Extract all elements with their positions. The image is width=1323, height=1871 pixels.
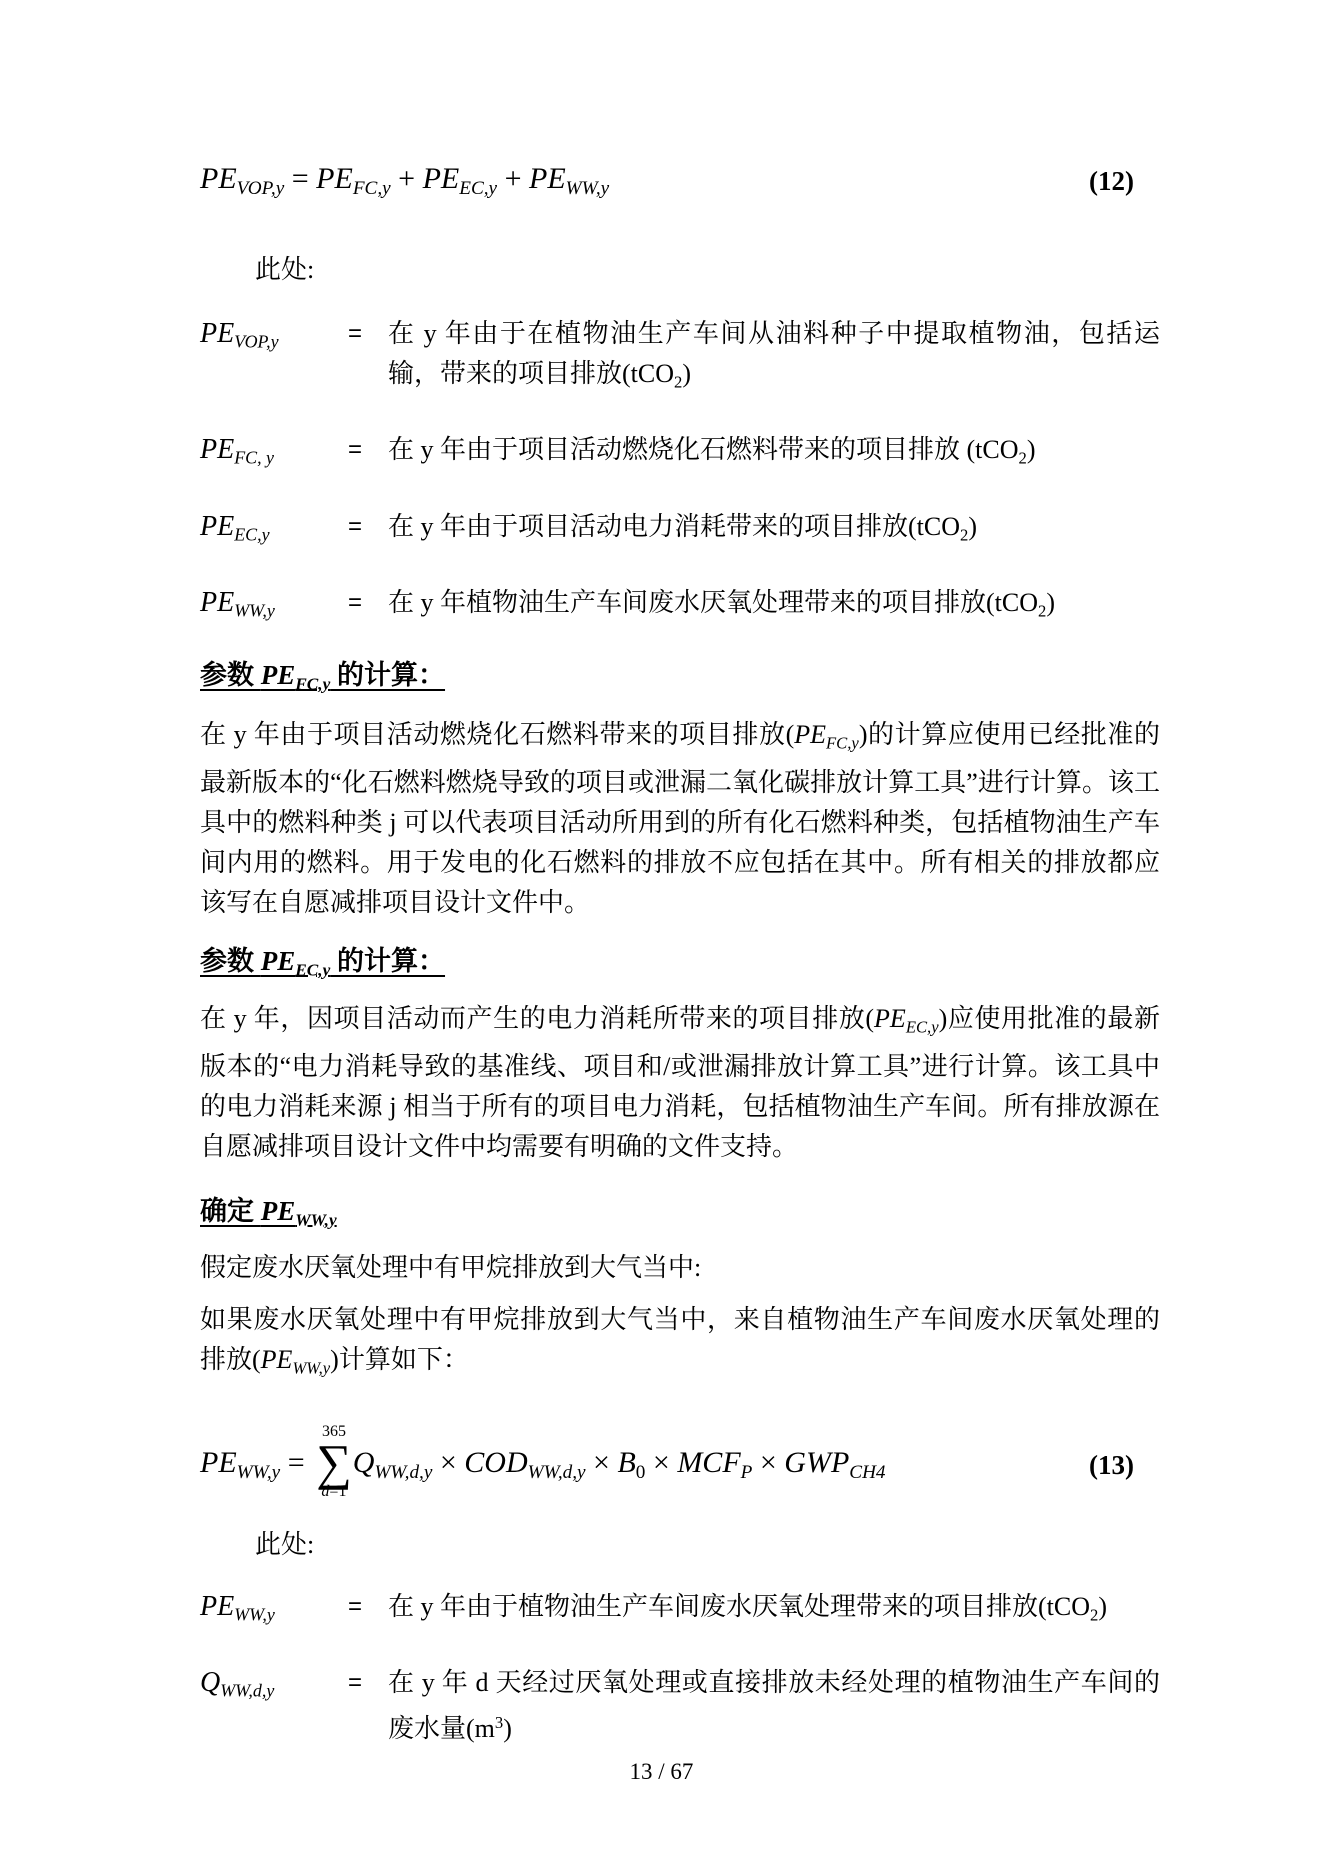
equation-13-lhs: PEWW,y = [200, 1446, 312, 1479]
definition-row-pe-ww: PEWW,y = 在 y 年植物油生产车间废水厌氧处理带来的项目排放(tCO2) [200, 583, 1160, 631]
definition-term: PEWW,y [200, 1587, 348, 1635]
sigma-icon: ∑ [316, 1440, 352, 1484]
definition-row-pe-vop: PEVOP,y = 在 y 年由于在植物油生产车间从油料种子中提取植物油，包括运… [200, 314, 1160, 402]
definition-list-top: PEVOP,y = 在 y 年由于在植物油生产车间从油料种子中提取植物油，包括运… [200, 314, 1160, 631]
equation-13-rhs: QWW,d,y × CODWW,d,y × B0 × MCFP × GWPCH4 [353, 1446, 886, 1479]
definition-description: 在 y 年由于项目活动燃烧化石燃料带来的项目排放 (tCO2) [388, 430, 1160, 478]
summation-lower-limit: d=1 [321, 1484, 346, 1500]
definition-row-pe-ec: PEEC,y = 在 y 年由于项目活动电力消耗带来的项目排放(tCO2) [200, 507, 1160, 555]
section-ww-intro-1: 假定废水厌氧处理中有甲烷排放到大气当中: [200, 1248, 1160, 1288]
equals-sign: = [348, 1663, 388, 1703]
definition-row-pe-ww-2: PEWW,y = 在 y 年由于植物油生产车间废水厌氧处理带来的项目排放(tCO… [200, 1587, 1160, 1635]
definition-term: PEEC,y [200, 507, 348, 555]
document-page: PEVOP,y = PEFC,y + PEEC,y + PEWW,y (12) … [0, 0, 1323, 1871]
section-fc-heading-wrap: 参数 PEFC,y 的计算： [200, 631, 1160, 707]
summation-symbol: 365∑d=1 [316, 1424, 352, 1500]
definition-description: 在 y 年由于项目活动电力消耗带来的项目排放(tCO2) [388, 507, 1160, 555]
section-fc-paragraph: 在 y 年由于项目活动燃烧化石燃料带来的项目排放(PEFC,y)的计算应使用已经… [200, 715, 1160, 923]
definition-list-bottom: PEWW,y = 在 y 年由于植物油生产车间废水厌氧处理带来的项目排放(tCO… [200, 1587, 1160, 1749]
where-label: 此处: [200, 250, 1160, 290]
section-ww-heading-wrap: 确定 PEWW,y [200, 1167, 1160, 1243]
definition-row-pe-fc: PEFC, y = 在 y 年由于项目活动燃烧化石燃料带来的项目排放 (tCO2… [200, 430, 1160, 478]
equals-sign: = [348, 430, 388, 470]
equation-13-number: (13) [1089, 1445, 1134, 1485]
equation-12-formula: PEVOP,y = PEFC,y + PEEC,y + PEWW,y [200, 161, 609, 200]
equals-sign: = [348, 1587, 388, 1627]
definition-term: PEVOP,y [200, 314, 348, 362]
definition-description: 在 y 年植物油生产车间废水厌氧处理带来的项目排放(tCO2) [388, 583, 1160, 631]
equals-sign: = [348, 507, 388, 547]
section-ww-heading: 确定 PEWW,y [200, 1189, 337, 1243]
section-ec-paragraph: 在 y 年，因项目活动而产生的电力消耗所带来的项目排放(PEEC,y)应使用批准… [200, 999, 1160, 1167]
section-ec-heading-wrap: 参数 PEEC,y 的计算： [200, 923, 1160, 993]
page-number: 13 / 67 [0, 1752, 1323, 1792]
equation-12-number: (12) [1089, 161, 1134, 201]
definition-term: QWW,d,y [200, 1663, 348, 1711]
definition-row-q-ww: QWW,d,y = 在 y 年 d 天经过厌氧处理或直接排放未经处理的植物油生产… [200, 1663, 1160, 1749]
definition-term: PEFC, y [200, 430, 348, 478]
definition-description: 在 y 年 d 天经过厌氧处理或直接排放未经处理的植物油生产车间的废水量(m3) [388, 1663, 1160, 1749]
section-ww-intro-2: 如果废水厌氧处理中有甲烷排放到大气当中，来自植物油生产车间废水厌氧处理的排放(P… [200, 1300, 1160, 1388]
section-ec-heading: 参数 PEEC,y 的计算： [200, 939, 445, 993]
equals-sign: = [348, 314, 388, 354]
section-fc-heading: 参数 PEFC,y 的计算： [200, 653, 445, 707]
where-label: 此处: [200, 1525, 1160, 1565]
definition-description: 在 y 年由于在植物油生产车间从油料种子中提取植物油，包括运输，带来的项目排放(… [388, 314, 1160, 402]
equation-13: PEWW,y = 365∑d=1QWW,d,y × CODWW,d,y × B0… [200, 1415, 1160, 1515]
equals-sign: = [348, 583, 388, 623]
definition-description: 在 y 年由于植物油生产车间废水厌氧处理带来的项目排放(tCO2) [388, 1587, 1160, 1635]
equation-12: PEVOP,y = PEFC,y + PEEC,y + PEWW,y (12) [200, 150, 1160, 212]
equation-13-formula: PEWW,y = 365∑d=1QWW,d,y × CODWW,d,y × B0… [200, 1424, 886, 1506]
definition-term: PEWW,y [200, 583, 348, 631]
